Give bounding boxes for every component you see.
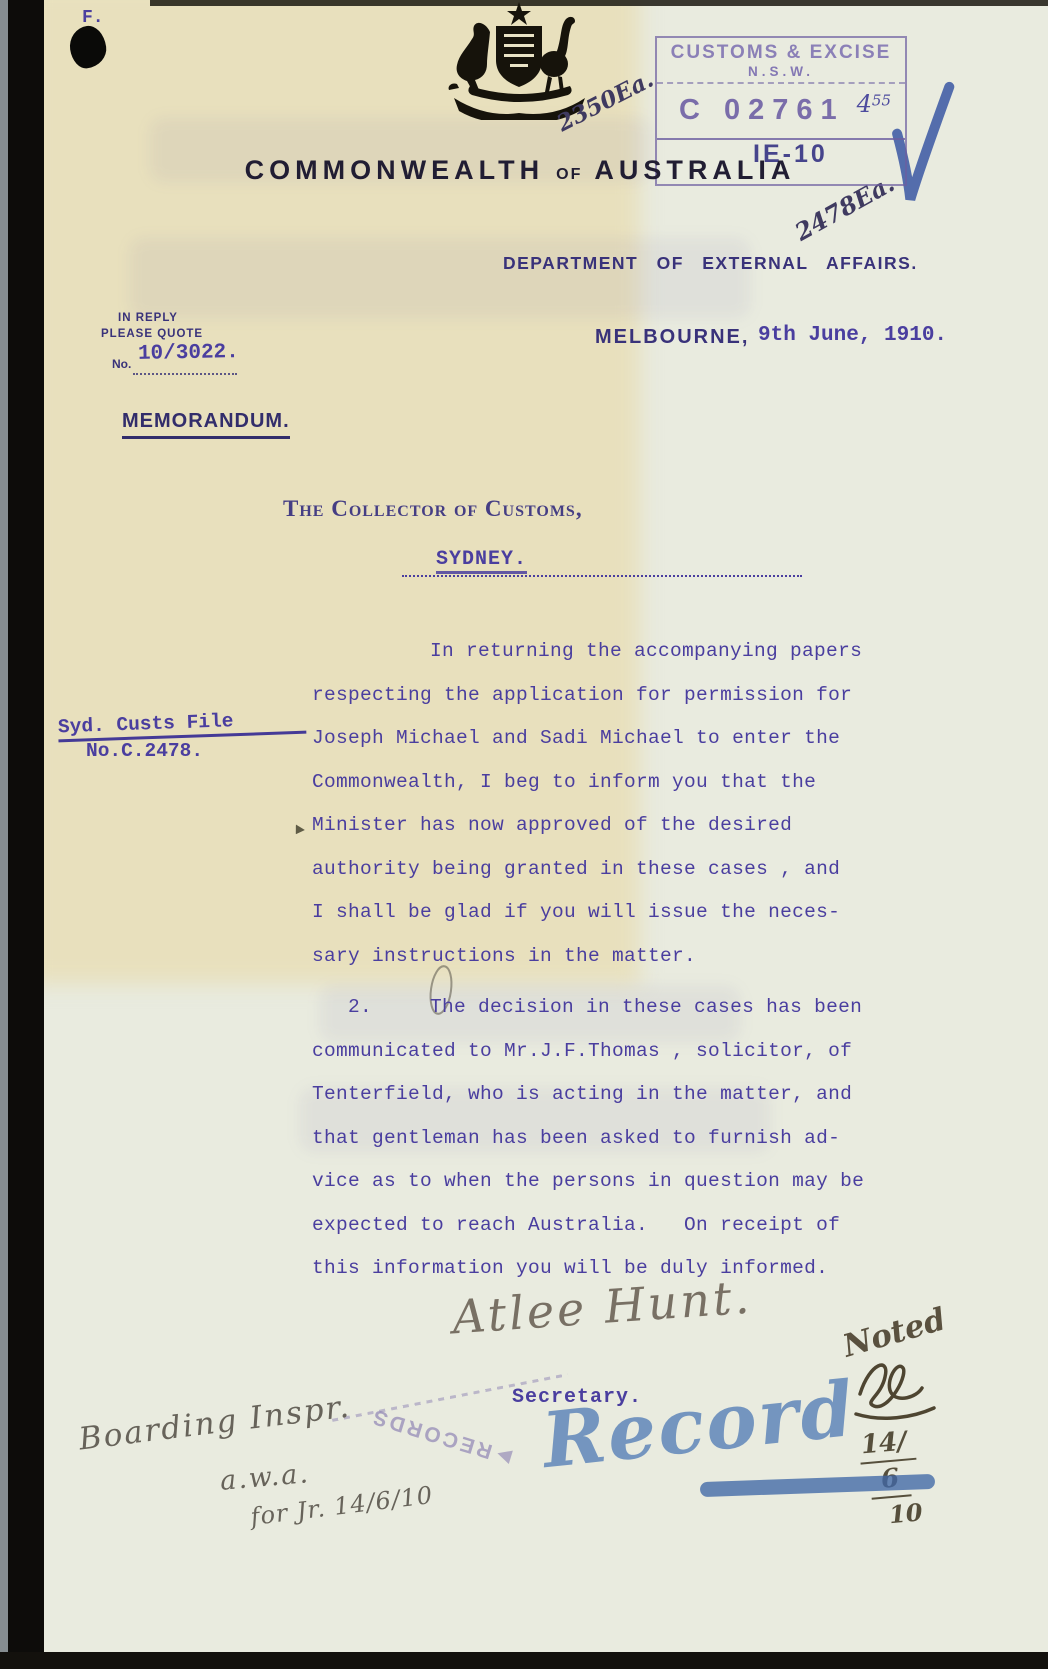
memo-body-line: Tenterfield, who is acting in the matter…	[312, 1073, 912, 1117]
recipient-name: The Collector of Customs,	[283, 496, 583, 522]
title-word: AUSTRALIA	[594, 155, 795, 186]
in-reply-line: IN REPLY	[118, 312, 178, 324]
records-stamp: RECORDS	[368, 1403, 515, 1469]
boarding-inspector-line: Boarding Inspr.	[77, 1388, 353, 1457]
date-fraction-year: 10	[864, 1497, 924, 1531]
stamp-number-row: C 02761 455	[657, 84, 905, 140]
stamp-header: CUSTOMS & EXCISE N.S.W.	[657, 38, 905, 84]
stamp-state-line: N.S.W.	[657, 64, 905, 79]
memo-body-line: expected to reach Australia. On receipt …	[312, 1204, 912, 1248]
memo-body-line: that gentleman has been asked to furnish…	[312, 1117, 912, 1161]
memo-body-line: Joseph Michael and Sadi Michael to enter…	[312, 717, 912, 761]
dateline-place: MELBOURNE,	[595, 326, 749, 349]
dateline-date: 9th June, 1910.	[758, 324, 947, 347]
records-stamp-text: RECORDS	[368, 1403, 496, 1463]
stamp-arrow-icon	[495, 1447, 512, 1464]
please-quote-line: PLEASE QUOTE	[101, 328, 203, 340]
memo-body-line: vice as to when the persons in question …	[312, 1160, 912, 1204]
recipient-city-rule: SYDNEY.	[402, 548, 802, 577]
stamp-number: C 02761	[679, 94, 845, 127]
stamp-hand-number: 455	[857, 90, 891, 118]
memo-body-line: respecting the application for permissio…	[312, 674, 912, 718]
file-number-rule	[133, 373, 237, 375]
initials-scribble	[852, 1352, 947, 1427]
memo-body-line: Commonwealth, I beg to inform you that t…	[312, 761, 912, 805]
record-crayon-annotation: Record	[538, 1364, 859, 1485]
body-paragraph-2: 2.The decision in these cases has been c…	[312, 986, 912, 1291]
memorandum-heading: MEMORANDUM.	[122, 410, 290, 439]
paragraph-number: 2.	[312, 996, 372, 1018]
body-paragraph-1: In returning the accompanying papers res…	[312, 630, 912, 978]
department-line: DEPARTMENT OF EXTERNAL AFFAIRS.	[503, 253, 918, 274]
memo-body-text: The decision in these cases has been	[430, 996, 862, 1018]
letterhead-title: COMMONWEALTH OF AUSTRALIA	[255, 155, 785, 186]
side-note-number: No.C.2478.	[86, 740, 203, 762]
memo-body-line: I shall be glad if you will issue the ne…	[312, 891, 912, 935]
memo-body-line: In returning the accompanying papers	[312, 630, 912, 674]
file-number: 10/3022.	[138, 341, 239, 366]
memo-body-line: authority being granted in these cases ,…	[312, 848, 912, 892]
stamp-org-line: CUSTOMS & EXCISE	[657, 42, 905, 64]
boarding-initials-line: a.w.a.	[219, 1458, 311, 1497]
scan-edge-bottom	[0, 1652, 1048, 1669]
memo-body-line: 2.The decision in these cases has been	[312, 986, 912, 1030]
memo-body-line: sary instructions in the matter.	[312, 935, 912, 979]
memo-body-line: communicated to Mr.J.F.Thomas , solicito…	[312, 1030, 912, 1074]
scan-edge-left-black	[8, 0, 44, 1669]
recipient-city: SYDNEY.	[436, 548, 527, 574]
ink-bleed-mark	[130, 238, 750, 318]
date-fraction-day: 14/	[858, 1426, 916, 1465]
memo-page: F. 2350Ea. 2478Ea. CUSTOMS & EXCISE N.S.…	[0, 0, 1048, 1669]
title-word: COMMONWEALTH	[245, 155, 544, 186]
no-label: No.	[112, 357, 131, 371]
corner-file-mark: F.	[82, 8, 104, 28]
memo-body-line: Minister has now approved of the desired	[312, 804, 912, 848]
title-word: OF	[556, 166, 582, 184]
